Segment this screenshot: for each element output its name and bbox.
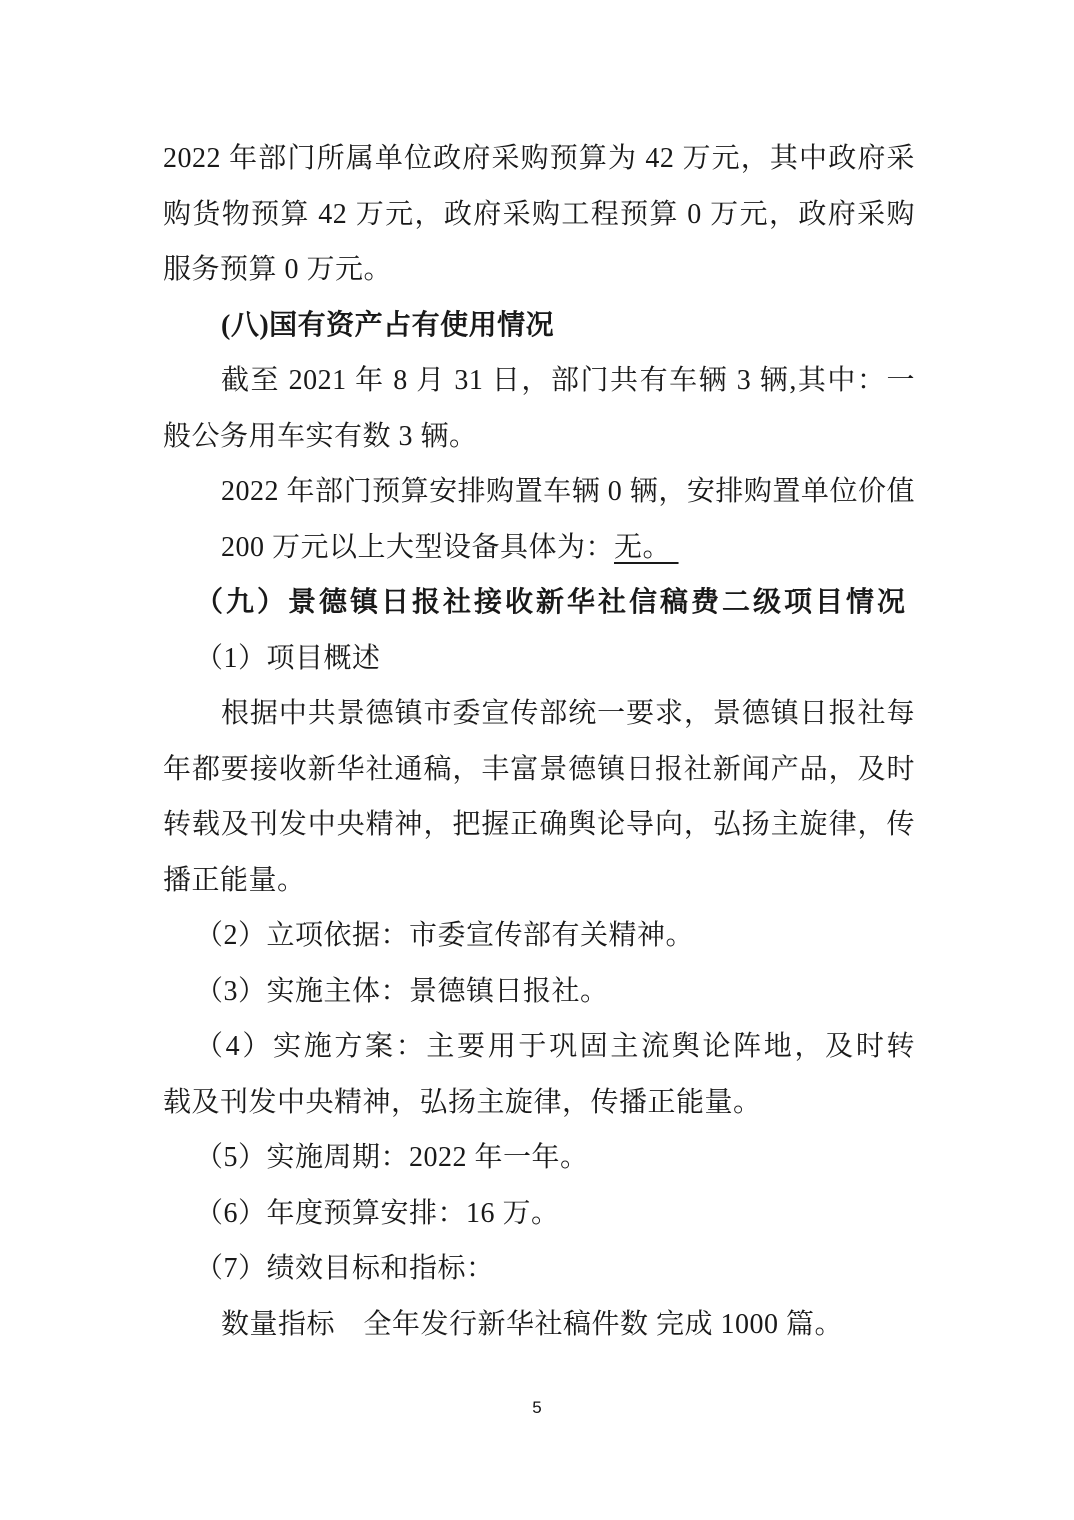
body-line: 数量指标 全年发行新华社稿件数 完成 1000 篇。 bbox=[163, 1297, 915, 1353]
body-line-text: 200 万元以上大型设备具体为： bbox=[221, 532, 614, 563]
numbered-item-7: （7）绩效目标和指标： bbox=[163, 1241, 915, 1297]
numbered-item-6: （6）年度预算安排：16 万。 bbox=[163, 1186, 915, 1242]
page-number: 5 bbox=[0, 1398, 1074, 1418]
section-heading-9: （九）景德镇日报社接收新华社信稿费二级项目情况 bbox=[163, 575, 915, 631]
body-line: 根据中共景德镇市委宣传部统一要求，景德镇日报社每 bbox=[163, 686, 915, 742]
numbered-item-4: （4）实施方案：主要用于巩固主流舆论阵地，及时转 bbox=[163, 1019, 915, 1075]
numbered-item-3: （3）实施主体：景德镇日报社。 bbox=[163, 964, 915, 1020]
body-line: 2022 年部门所属单位政府采购预算为 42 万元，其中政府采 bbox=[163, 131, 915, 187]
body-line: 播正能量。 bbox=[163, 853, 915, 909]
body-line: 200 万元以上大型设备具体为：无。 bbox=[163, 520, 915, 576]
body-line: 2022 年部门预算安排购置车辆 0 辆，安排购置单位价值 bbox=[163, 464, 915, 520]
document-body: 2022 年部门所属单位政府采购预算为 42 万元，其中政府采 购货物预算 42… bbox=[163, 131, 915, 1352]
body-line: 年都要接收新华社通稿，丰富景德镇日报社新闻产品，及时 bbox=[163, 742, 915, 798]
section-heading-8: (八)国有资产占有使用情况 bbox=[163, 298, 915, 354]
body-line: 载及刊发中央精神，弘扬主旋律，传播正能量。 bbox=[163, 1075, 915, 1131]
body-line: 服务预算 0 万元。 bbox=[163, 242, 915, 298]
body-line: 购货物预算 42 万元，政府采购工程预算 0 万元，政府采购 bbox=[163, 187, 915, 243]
numbered-item-5: （5）实施周期：2022 年一年。 bbox=[163, 1130, 915, 1186]
body-line: 截至 2021 年 8 月 31 日，部门共有车辆 3 辆,其中：一 bbox=[163, 353, 915, 409]
body-line: 转载及刊发中央精神，把握正确舆论导向，弘扬主旋律，传 bbox=[163, 797, 915, 853]
numbered-item-1: （1）项目概述 bbox=[163, 631, 915, 687]
body-line: 般公务用车实有数 3 辆。 bbox=[163, 409, 915, 465]
numbered-item-2: （2）立项依据：市委宣传部有关精神。 bbox=[163, 908, 915, 964]
document-page: 2022 年部门所属单位政府采购预算为 42 万元，其中政府采 购货物预算 42… bbox=[0, 0, 1074, 1520]
underlined-value: 无。 bbox=[614, 532, 679, 563]
